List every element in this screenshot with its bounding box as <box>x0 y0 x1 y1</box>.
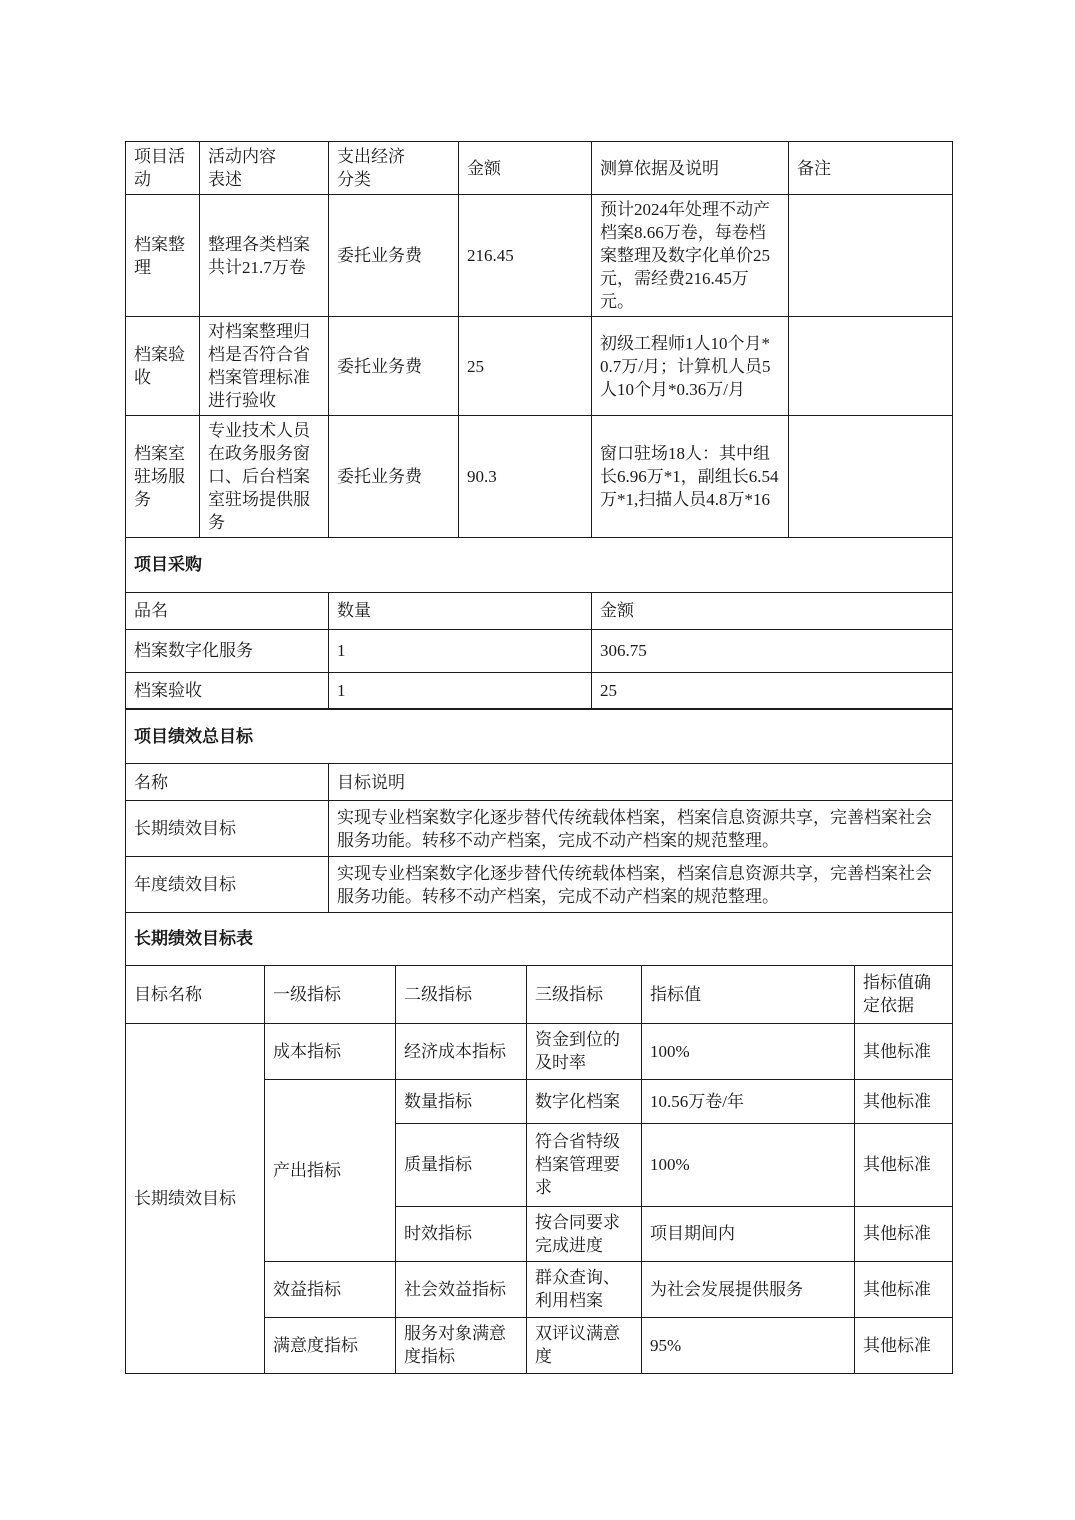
cell-activity: 档案验收 <box>126 317 200 416</box>
table-row: 档案数字化服务 1 306.75 <box>126 629 953 672</box>
cell-quantity: 1 <box>329 672 592 709</box>
indicator-header-row: 目标名称 一级指标 二级指标 三级指标 指标值 指标值确 定依据 <box>126 965 953 1023</box>
cell-value-basis: 其他标准 <box>855 1079 953 1123</box>
table-row: 档案验收 对档案整理归档是否符合省档案管理标准进行验收 委托业务费 25 初级工… <box>126 317 953 416</box>
cell-amount: 306.75 <box>592 629 953 672</box>
cell-indicator-value: 10.56万卷/年 <box>642 1079 855 1123</box>
column-header-goal-name: 名称 <box>126 764 329 801</box>
column-header-category: 支出经济 分类 <box>329 142 459 195</box>
cell-value-basis: 其他标准 <box>855 1261 953 1317</box>
cell-category: 委托业务费 <box>329 195 459 317</box>
cell-level2: 社会效益指标 <box>396 1261 527 1317</box>
cell-amount: 25 <box>459 317 592 416</box>
cell-level2: 时效指标 <box>396 1206 527 1261</box>
cell-value-basis: 其他标准 <box>855 1023 953 1079</box>
cell-level3: 按合同要求完成进度 <box>527 1206 642 1261</box>
cell-level3: 资金到位的及时率 <box>527 1023 642 1079</box>
cell-level3: 数字化档案 <box>527 1079 642 1123</box>
cell-goal-desc: 实现专业档案数字化逐步替代传统载体档案，档案信息资源共享，完善档案社会服务功能。… <box>329 857 953 913</box>
cell-category: 委托业务费 <box>329 416 459 538</box>
procurement-table: 项目采购 品名 数量 金额 档案数字化服务 1 306.75 档案验收 1 25 <box>125 537 953 710</box>
cell-amount: 216.45 <box>459 195 592 317</box>
cell-basis: 窗口驻场18人：其中组长6.96万*1，副组长6.54万*1,扫描人员4.8万*… <box>592 416 789 538</box>
cell-indicator-value: 100% <box>642 1123 855 1206</box>
column-header-quantity: 数量 <box>329 592 592 629</box>
cell-desc: 整理各类档案共计21.7万卷 <box>200 195 329 317</box>
cell-value-basis: 其他标准 <box>855 1123 953 1206</box>
column-header-amount: 金额 <box>592 592 953 629</box>
cell-level1: 产出指标 <box>265 1079 396 1261</box>
section-title-row: 项目绩效总目标 <box>126 709 953 764</box>
cell-level2: 经济成本指标 <box>396 1023 527 1079</box>
cell-level2: 数量指标 <box>396 1079 527 1123</box>
section-title-row: 项目采购 <box>126 537 953 592</box>
column-header-level1: 一级指标 <box>265 965 396 1023</box>
cell-goal-name: 长期绩效目标 <box>126 801 329 857</box>
cell-level3: 双评议满意度 <box>527 1317 642 1373</box>
cell-desc: 专业技术人员在政务服务窗口、后台档案室驻场提供服务 <box>200 416 329 538</box>
table-row: 档案室驻场服务 专业技术人员在政务服务窗口、后台档案室驻场提供服务 委托业务费 … <box>126 416 953 538</box>
table-row: 年度绩效目标 实现专业档案数字化逐步替代传统载体档案，档案信息资源共享，完善档案… <box>126 857 953 913</box>
cell-note <box>789 317 953 416</box>
section-title-overall-goals: 项目绩效总目标 <box>126 709 953 764</box>
cell-value-basis: 其他标准 <box>855 1206 953 1261</box>
column-header-goal-desc: 目标说明 <box>329 764 953 801</box>
cell-basis: 初级工程师1人10个月*0.7万/月；计算机人员5人10个月*0.36万/月 <box>592 317 789 416</box>
cell-activity: 档案整理 <box>126 195 200 317</box>
table-row: 档案验收 1 25 <box>126 672 953 709</box>
cell-indicator-value: 为社会发展提供服务 <box>642 1261 855 1317</box>
column-header-amount: 金额 <box>459 142 592 195</box>
activity-table: 项目活 动 活动内容 表述 支出经济 分类 金额 测算依据及说明 备注 档案整理… <box>125 141 953 538</box>
cell-desc: 对档案整理归档是否符合省档案管理标准进行验收 <box>200 317 329 416</box>
column-header-level3: 三级指标 <box>527 965 642 1023</box>
table-row: 长期绩效目标 实现专业档案数字化逐步替代传统载体档案，档案信息资源共享，完善档案… <box>126 801 953 857</box>
cell-level1: 成本指标 <box>265 1023 396 1079</box>
cell-category: 委托业务费 <box>329 317 459 416</box>
document-page: 项目活 动 活动内容 表述 支出经济 分类 金额 测算依据及说明 备注 档案整理… <box>0 0 1075 1374</box>
longterm-indicator-table: 长期绩效目标表 目标名称 一级指标 二级指标 三级指标 指标值 指标值确 定依据… <box>125 912 953 1374</box>
cell-level3: 群众查询、利用档案 <box>527 1261 642 1317</box>
table-row: 档案整理 整理各类档案共计21.7万卷 委托业务费 216.45 预计2024年… <box>126 195 953 317</box>
cell-activity: 档案室驻场服务 <box>126 416 200 538</box>
column-header-level2: 二级指标 <box>396 965 527 1023</box>
section-title-longterm-table: 长期绩效目标表 <box>126 912 953 965</box>
goals-header-row: 名称 目标说明 <box>126 764 953 801</box>
section-title-procurement: 项目采购 <box>126 537 953 592</box>
cell-goal-name: 年度绩效目标 <box>126 857 329 913</box>
cell-indicator-value: 项目期间内 <box>642 1206 855 1261</box>
cell-indicator-value: 100% <box>642 1023 855 1079</box>
column-header-value-basis: 指标值确 定依据 <box>855 965 953 1023</box>
column-header-basis: 测算依据及说明 <box>592 142 789 195</box>
procurement-header-row: 品名 数量 金额 <box>126 592 953 629</box>
overall-goals-table: 项目绩效总目标 名称 目标说明 长期绩效目标 实现专业档案数字化逐步替代传统载体… <box>125 708 953 913</box>
column-header-note: 备注 <box>789 142 953 195</box>
cell-level1: 满意度指标 <box>265 1317 396 1373</box>
section-title-row: 长期绩效目标表 <box>126 912 953 965</box>
cell-amount: 25 <box>592 672 953 709</box>
cell-level1: 效益指标 <box>265 1261 396 1317</box>
cell-note <box>789 195 953 317</box>
cell-amount: 90.3 <box>459 416 592 538</box>
cell-level2: 质量指标 <box>396 1123 527 1206</box>
cell-quantity: 1 <box>329 629 592 672</box>
cell-note <box>789 416 953 538</box>
column-header-item-name: 品名 <box>126 592 329 629</box>
cell-basis: 预计2024年处理不动产档案8.66万卷，每卷档案整理及数字化单价25元，需经费… <box>592 195 789 317</box>
cell-level2: 服务对象满意度指标 <box>396 1317 527 1373</box>
activity-header-row: 项目活 动 活动内容 表述 支出经济 分类 金额 测算依据及说明 备注 <box>126 142 953 195</box>
column-header-indicator-value: 指标值 <box>642 965 855 1023</box>
cell-item-name: 档案数字化服务 <box>126 629 329 672</box>
cell-goal-name: 长期绩效目标 <box>126 1023 265 1373</box>
column-header-desc: 活动内容 表述 <box>200 142 329 195</box>
cell-value-basis: 其他标准 <box>855 1317 953 1373</box>
column-header-activity: 项目活 动 <box>126 142 200 195</box>
column-header-goal-name: 目标名称 <box>126 965 265 1023</box>
cell-item-name: 档案验收 <box>126 672 329 709</box>
table-row: 长期绩效目标 成本指标 经济成本指标 资金到位的及时率 100% 其他标准 <box>126 1023 953 1079</box>
cell-goal-desc: 实现专业档案数字化逐步替代传统载体档案，档案信息资源共享，完善档案社会服务功能。… <box>329 801 953 857</box>
cell-level3: 符合省特级档案管理要求 <box>527 1123 642 1206</box>
cell-indicator-value: 95% <box>642 1317 855 1373</box>
